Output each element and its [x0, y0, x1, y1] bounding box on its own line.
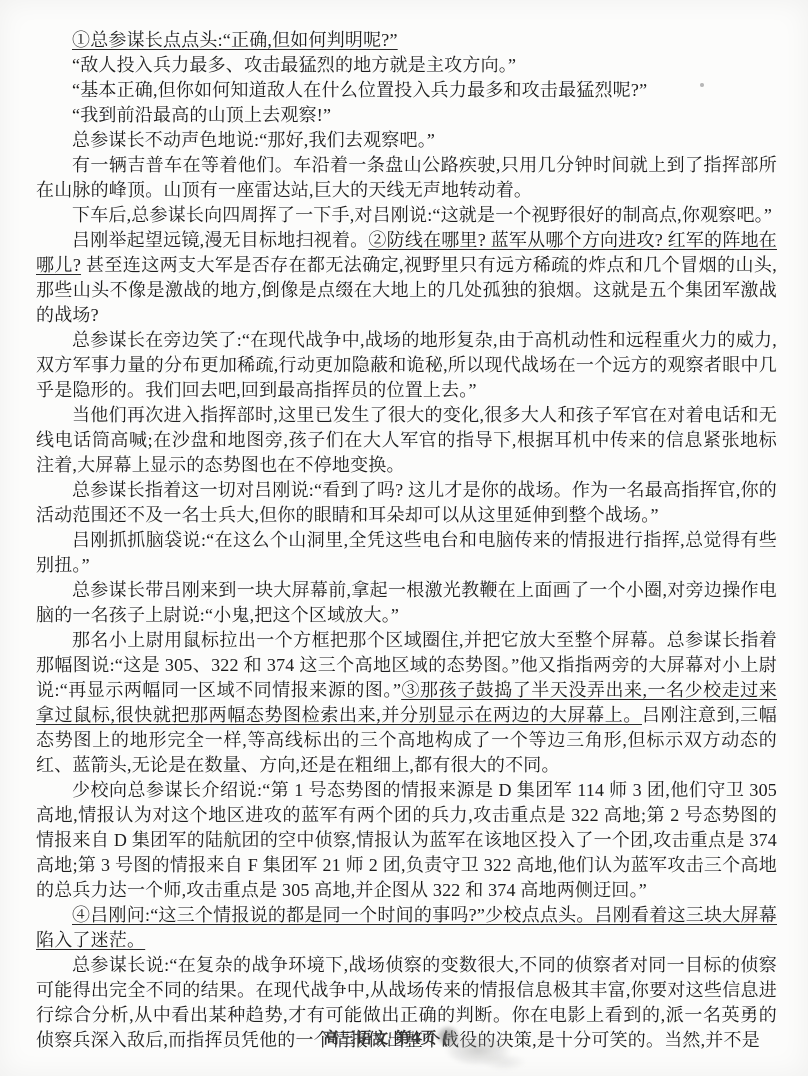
- underlined-sentence: ④吕刚问:“这三个情报说的都是同一个时间的事吗?”少校点点头。吕刚看着这三块大屏…: [36, 905, 777, 950]
- text-segment: 甚至连这两支大军是否存在都无法确定,视野里只有远方稀疏的炸点和几个冒烟的山头,那…: [36, 255, 777, 325]
- page-footer-label: 高三语文 第4页 (: [323, 1026, 448, 1048]
- scan-speck-artifact: [700, 83, 704, 87]
- document-body: ①总参谋长点点头:“正确,但如何判明呢?”“敌人投入兵力最多、攻击最猛烈的地方就…: [36, 28, 777, 1053]
- paragraph: 总参谋长指着这一切对吕刚说:“看到了吗? 这儿才是你的战场。作为一名最高指挥官,…: [36, 478, 777, 528]
- text-segment: 总参谋长指着这一切对吕刚说:“看到了吗? 这儿才是你的战场。作为一名最高指挥官,…: [36, 480, 777, 525]
- text-segment: 吕刚抓抓脑袋说:“在这么个山洞里,全凭这些电台和电脑传来的情报进行指挥,总觉得有…: [36, 530, 777, 575]
- paragraph: 少校向总参谋长介绍说:“第 1 号态势图的情报来源是 D 集团军 114 师 3…: [36, 778, 777, 903]
- paragraph: 有一辆吉普车在等着他们。车沿着一条盘山公路疾驶,只用几分钟时间就上到了指挥部所在…: [36, 153, 777, 203]
- text-segment: “基本正确,但你如何知道敌人在什么位置投入兵力最多和攻击最猛烈呢?”: [72, 80, 647, 100]
- text-segment: 下车后,总参谋长向四周挥了一下手,对吕刚说:“这就是一个视野很好的制高点,你观察…: [72, 205, 772, 225]
- paragraph: 当他们再次进入指挥部时,这里已发生了很大的变化,很多大人和孩子军官在对着电话和无…: [36, 403, 777, 478]
- paragraph: 总参谋长在旁边笑了:“在现代战争中,战场的地形复杂,由于高机动性和远程重火力的威…: [36, 328, 777, 403]
- paragraph: 下车后,总参谋长向四周挥了一下手,对吕刚说:“这就是一个视野很好的制高点,你观察…: [36, 203, 777, 228]
- text-segment: “我到前沿最高的山顶上去观察!”: [72, 105, 331, 125]
- paragraph: 总参谋长带吕刚来到一块大屏幕前,拿起一根激光教鞭在上面画了一个小圈,对旁边操作电…: [36, 578, 777, 628]
- paragraph: 总参谋长不动声色地说:“那好,我们去观察吧。”: [36, 128, 777, 153]
- text-segment: 吕刚举起望远镜,漫无目标地扫视着。: [72, 230, 368, 250]
- page-footer: 高三语文 第4页 (: [0, 1026, 808, 1048]
- paragraph: 吕刚抓抓脑袋说:“在这么个山洞里,全凭这些电台和电脑传来的情报进行指挥,总觉得有…: [36, 528, 777, 578]
- text-segment: 当他们再次进入指挥部时,这里已发生了很大的变化,很多大人和孩子军官在对着电话和无…: [36, 405, 777, 475]
- scanned-page: ①总参谋长点点头:“正确,但如何判明呢?”“敌人投入兵力最多、攻击最猛烈的地方就…: [0, 0, 808, 1076]
- paragraph: “敌人投入兵力最多、攻击最猛烈的地方就是主攻方向。”: [36, 53, 777, 78]
- paragraph: ④吕刚问:“这三个情报说的都是同一个时间的事吗?”少校点点头。吕刚看着这三块大屏…: [36, 903, 777, 953]
- paragraph: “基本正确,但你如何知道敌人在什么位置投入兵力最多和攻击最猛烈呢?”: [36, 78, 777, 103]
- paragraph: 那名小上尉用鼠标拉出一个方框把那个区域圈住,并把它放大至整个屏幕。总参谋长指着那…: [36, 628, 777, 778]
- paragraph: 吕刚举起望远镜,漫无目标地扫视着。②防线在哪里? 蓝军从哪个方向进攻? 红军的阵…: [36, 228, 777, 328]
- text-segment: “敌人投入兵力最多、攻击最猛烈的地方就是主攻方向。”: [72, 55, 516, 75]
- text-segment: 总参谋长不动声色地说:“那好,我们去观察吧。”: [72, 130, 435, 150]
- text-segment: 总参谋长在旁边笑了:“在现代战争中,战场的地形复杂,由于高机动性和远程重火力的威…: [36, 330, 777, 400]
- text-segment: 总参谋长带吕刚来到一块大屏幕前,拿起一根激光教鞭在上面画了一个小圈,对旁边操作电…: [36, 580, 777, 625]
- paragraph: ①总参谋长点点头:“正确,但如何判明呢?”: [36, 28, 777, 53]
- text-segment: 少校向总参谋长介绍说:“第 1 号态势图的情报来源是 D 集团军 114 师 3…: [36, 780, 777, 900]
- paragraph: “我到前沿最高的山顶上去观察!”: [36, 103, 777, 128]
- text-segment: 有一辆吉普车在等着他们。车沿着一条盘山公路疾驶,只用几分钟时间就上到了指挥部所在…: [36, 155, 777, 200]
- underlined-sentence: ①总参谋长点点头:“正确,但如何判明呢?”: [72, 30, 398, 50]
